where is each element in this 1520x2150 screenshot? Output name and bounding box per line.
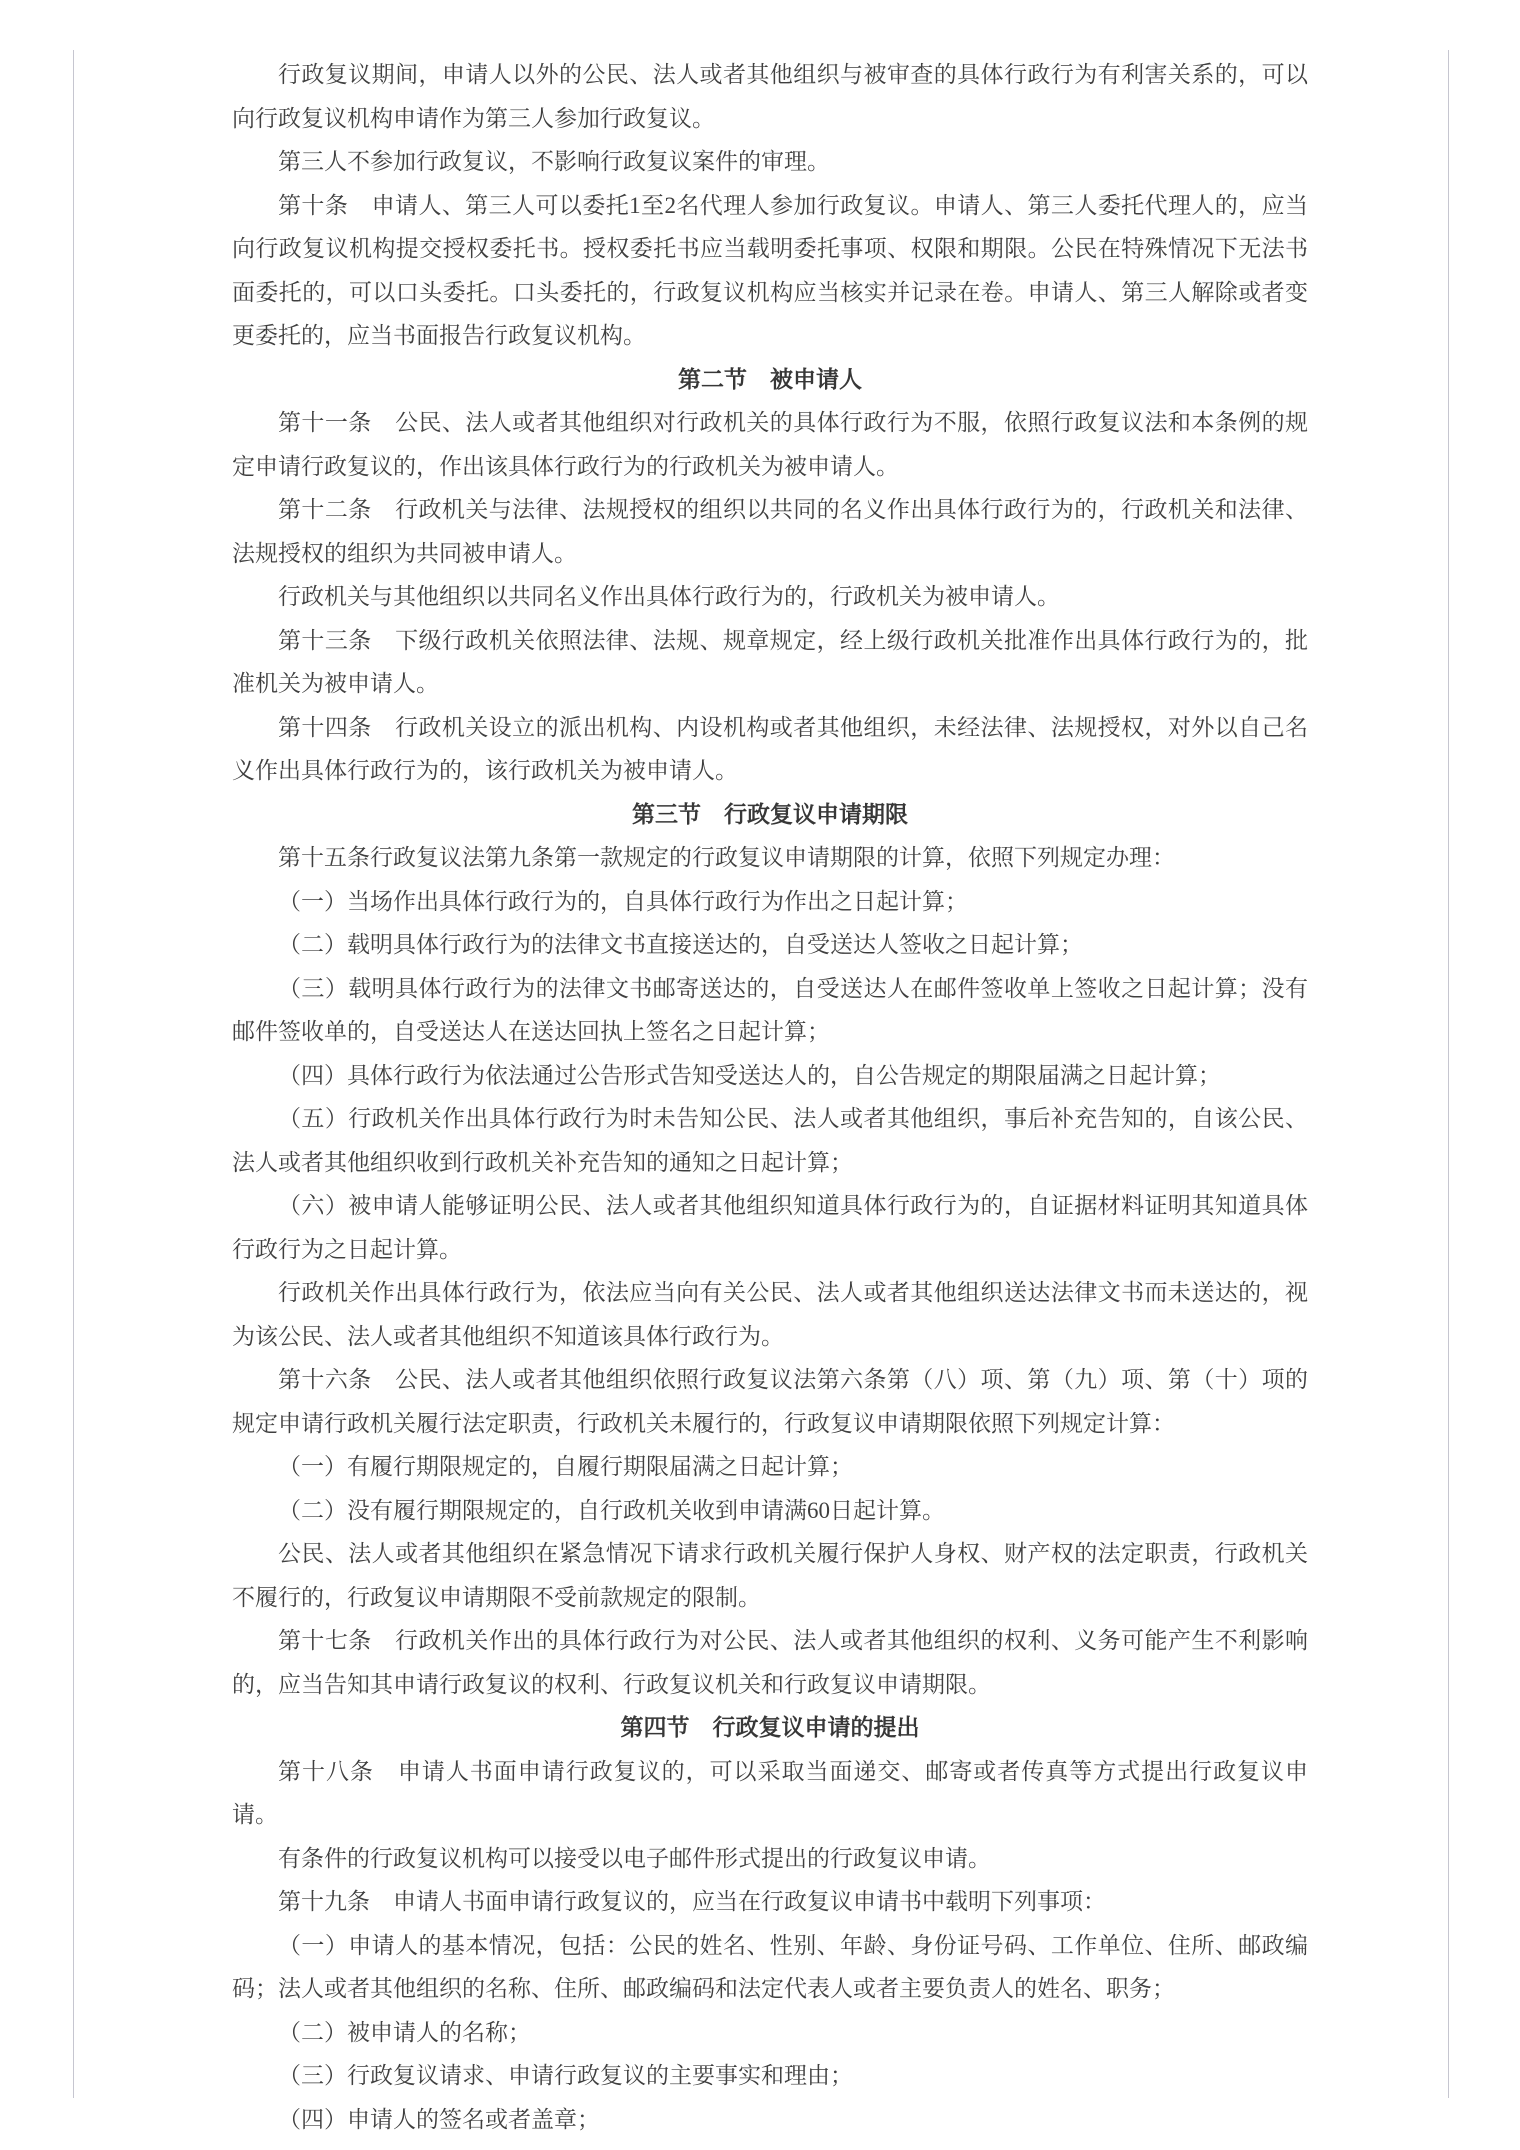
page-right-edge-line — [1448, 50, 1449, 2098]
law-paragraph: （三）行政复议请求、申请行政复议的主要事实和理由； — [232, 2054, 1308, 2098]
law-paragraph: （二）没有履行期限规定的，自行政机关收到申请满60日起计算。 — [232, 1489, 1308, 1533]
law-paragraph: 第十四条 行政机关设立的派出机构、内设机构或者其他组织，未经法律、法规授权，对外… — [232, 706, 1308, 793]
law-paragraph: 公民、法人或者其他组织在紧急情况下请求行政机关履行保护人身权、财产权的法定职责，… — [232, 1532, 1308, 1619]
law-paragraph: （四）具体行政行为依法通过公告形式告知受送达人的，自公告规定的期限届满之日起计算… — [232, 1054, 1308, 1098]
law-paragraph: （二）被申请人的名称； — [232, 2011, 1308, 2055]
law-paragraph: 第十条 申请人、第三人可以委托1至2名代理人参加行政复议。申请人、第三人委托代理… — [232, 184, 1308, 358]
law-paragraph: 第十九条 申请人书面申请行政复议的，应当在行政复议申请书中载明下列事项： — [232, 1880, 1308, 1924]
section-heading-filing-application: 第四节 行政复议申请的提出 — [232, 1706, 1308, 1750]
document-content: 行政复议期间，申请人以外的公民、法人或者其他组织与被审查的具体行政行为有利害关系… — [232, 53, 1308, 2141]
law-paragraph: 行政复议期间，申请人以外的公民、法人或者其他组织与被审查的具体行政行为有利害关系… — [232, 53, 1308, 140]
law-paragraph: 第十五条行政复议法第九条第一款规定的行政复议申请期限的计算，依照下列规定办理： — [232, 836, 1308, 880]
section-heading-respondent: 第二节 被申请人 — [232, 358, 1308, 402]
section-heading-application-deadline: 第三节 行政复议申请期限 — [232, 793, 1308, 837]
law-paragraph: 第十七条 行政机关作出的具体行政行为对公民、法人或者其他组织的权利、义务可能产生… — [232, 1619, 1308, 1706]
law-paragraph: （二）载明具体行政行为的法律文书直接送达的，自受送达人签收之日起计算； — [232, 923, 1308, 967]
law-paragraph: 行政机关作出具体行政行为，依法应当向有关公民、法人或者其他组织送达法律文书而未送… — [232, 1271, 1308, 1358]
law-paragraph: 第十八条 申请人书面申请行政复议的，可以采取当面递交、邮寄或者传真等方式提出行政… — [232, 1750, 1308, 1837]
law-paragraph: （三）载明具体行政行为的法律文书邮寄送达的，自受送达人在邮件签收单上签收之日起计… — [232, 967, 1308, 1054]
law-paragraph: （四）申请人的签名或者盖章； — [232, 2098, 1308, 2142]
law-paragraph: 第十三条 下级行政机关依照法律、法规、规章规定，经上级行政机关批准作出具体行政行… — [232, 619, 1308, 706]
law-paragraph: （一）有履行期限规定的，自履行期限届满之日起计算； — [232, 1445, 1308, 1489]
law-paragraph: （一）申请人的基本情况，包括：公民的姓名、性别、年龄、身份证号码、工作单位、住所… — [232, 1924, 1308, 2011]
law-paragraph: （一）当场作出具体行政行为的，自具体行政行为作出之日起计算； — [232, 880, 1308, 924]
page-left-edge-line — [73, 50, 74, 2098]
law-paragraph: 第十一条 公民、法人或者其他组织对行政机关的具体行政行为不服，依照行政复议法和本… — [232, 401, 1308, 488]
law-paragraph: 第十二条 行政机关与法律、法规授权的组织以共同的名义作出具体行政行为的，行政机关… — [232, 488, 1308, 575]
law-paragraph: 第十六条 公民、法人或者其他组织依照行政复议法第六条第（八）项、第（九）项、第（… — [232, 1358, 1308, 1445]
law-paragraph: （五）行政机关作出具体行政行为时未告知公民、法人或者其他组织，事后补充告知的，自… — [232, 1097, 1308, 1184]
law-paragraph: 有条件的行政复议机构可以接受以电子邮件形式提出的行政复议申请。 — [232, 1837, 1308, 1881]
document-page: 行政复议期间，申请人以外的公民、法人或者其他组织与被审查的具体行政行为有利害关系… — [0, 0, 1520, 2150]
law-paragraph: 第三人不参加行政复议，不影响行政复议案件的审理。 — [232, 140, 1308, 184]
law-paragraph: 行政机关与其他组织以共同名义作出具体行政行为的，行政机关为被申请人。 — [232, 575, 1308, 619]
law-paragraph: （六）被申请人能够证明公民、法人或者其他组织知道具体行政行为的，自证据材料证明其… — [232, 1184, 1308, 1271]
